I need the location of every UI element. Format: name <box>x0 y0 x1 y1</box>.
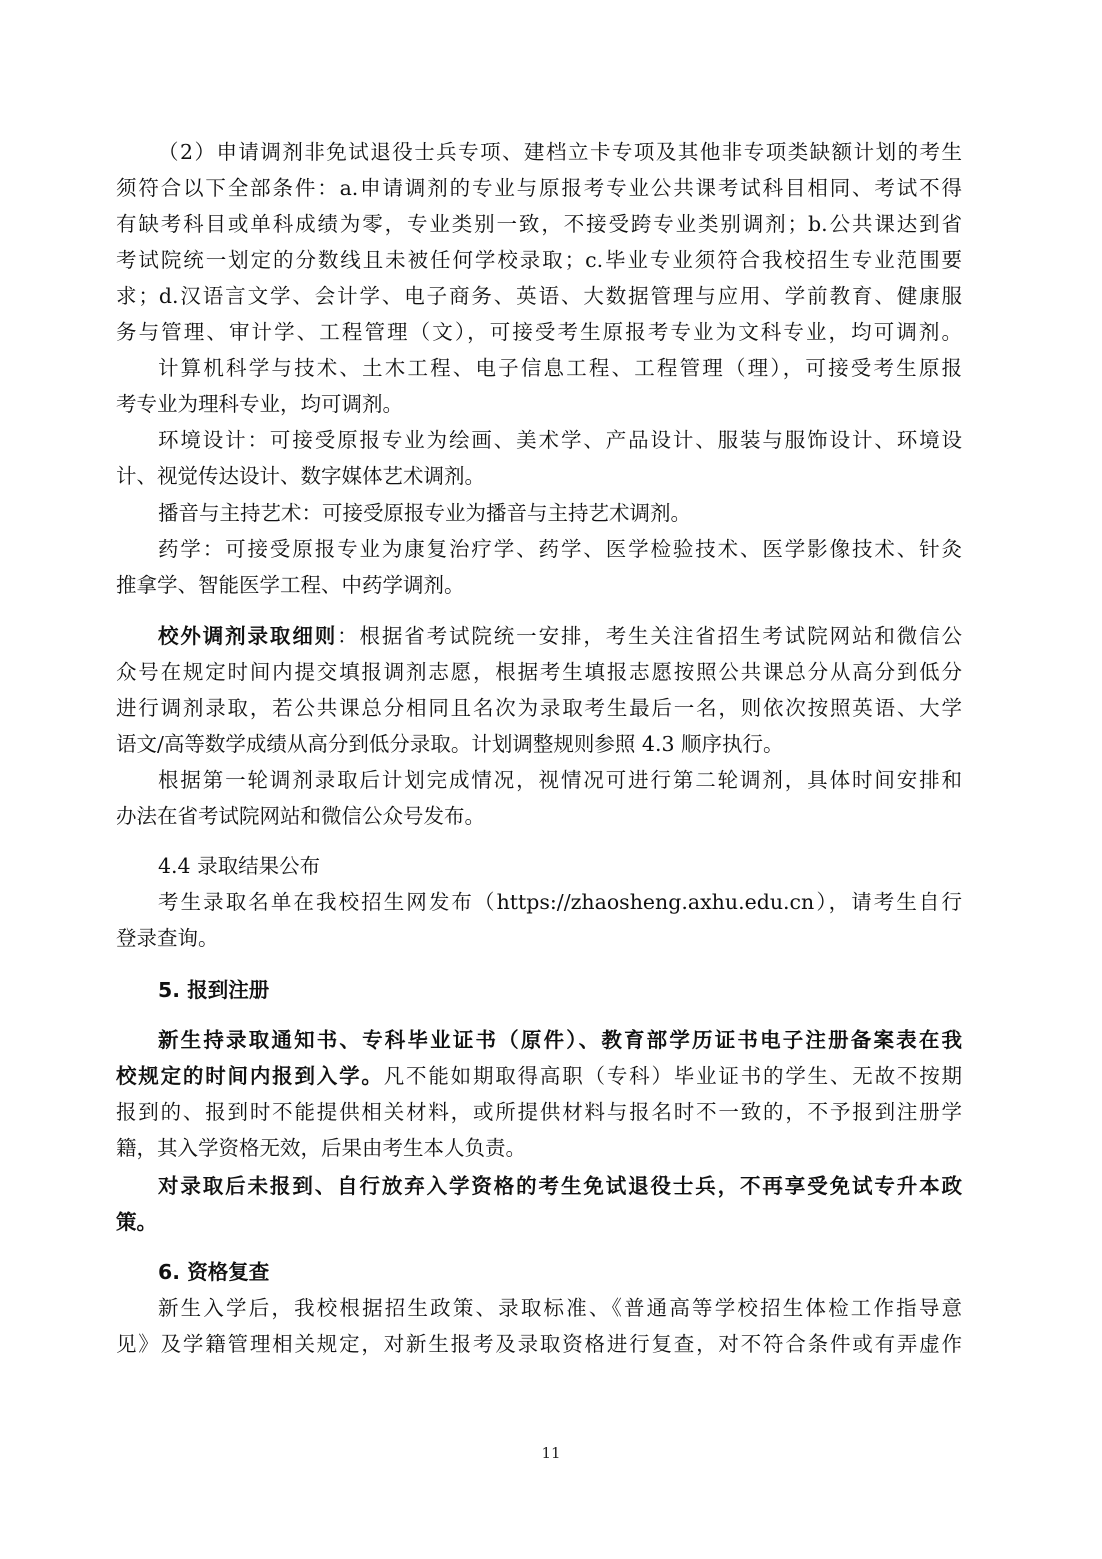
paragraph-line: 务与管理、审计学、工程管理（文），可接受考生原报考专业为文科专业，均可调剂。 <box>116 314 962 350</box>
paragraph-line: 药学：可接受原报专业为康复治疗学、药学、医学检验技术、医学影像技术、针灸 <box>116 531 962 567</box>
paragraph-line: 语文/高等数学成绩从高分到低分录取。计划调整规则参照 4.3 顺序执行。 <box>116 726 962 762</box>
paragraph-line: 报到的、报到时不能提供相关材料，或所提供材料与报名时不一致的，不予报到注册学 <box>116 1094 962 1130</box>
paragraph-line: 计算机科学与技术、土木工程、电子信息工程、工程管理（理），可接受考生原报 <box>116 350 962 386</box>
paragraph-line: 进行调剂录取，若公共课总分相同且名次为录取考生最后一名，则依次按照英语、大学 <box>116 690 962 726</box>
paragraph-line: 计、视觉传达设计、数字媒体艺术调剂。 <box>116 458 962 494</box>
section-heading-6: 6. 资格复查 <box>116 1254 962 1290</box>
paragraph-line: 推拿学、智能医学工程、中药学调剂。 <box>116 567 962 603</box>
paragraph-line: 籍，其入学资格无效，后果由考生本人负责。 <box>116 1130 962 1166</box>
paragraph-line: 办法在省考试院网站和微信公众号发布。 <box>116 798 962 834</box>
paragraph-line: 根据第一轮调剂录取后计划完成情况，视情况可进行第二轮调剂，具体时间安排和 <box>116 762 962 798</box>
bold-lead-text: 校外调剂录取细则 <box>158 624 337 648</box>
paragraph-text: ：根据省考试院统一安排，考生关注省招生考试院网站和微信公 <box>337 624 962 648</box>
paragraph-text: 凡不能如期取得高职（专科）毕业证书的学生、无故不按期 <box>384 1064 962 1088</box>
paragraph-line: 登录查询。 <box>116 920 962 956</box>
document-page: （2）申请调剂非免试退役士兵专项、建档立卡专项及其他非专项类缺额计划的考生 须符… <box>0 0 1102 1559</box>
paragraph-line: 校外调剂录取细则：根据省考试院统一安排，考生关注省招生考试院网站和微信公 <box>116 618 962 654</box>
page-number: 11 <box>0 1444 1102 1462</box>
paragraph-line: 考试院统一划定的分数线且未被任何学校录取；c.毕业专业须符合我校招生专业范围要 <box>116 242 962 278</box>
paragraph-line: 校规定的时间内报到入学。凡不能如期取得高职（专科）毕业证书的学生、无故不按期 <box>116 1058 962 1094</box>
paragraph-line-bold: 对录取后未报到、自行放弃入学资格的考生免试退役士兵，不再享受免试专升本政 <box>116 1168 962 1204</box>
paragraph-line: 见》及学籍管理相关规定，对新生报考及录取资格进行复查，对不符合条件或有弄虚作 <box>116 1326 962 1362</box>
paragraph-line: 众号在规定时间内提交填报调剂志愿，根据考生填报志愿按照公共课总分从高分到低分 <box>116 654 962 690</box>
paragraph-line: 须符合以下全部条件：a.申请调剂的专业与原报考专业公共课考试科目相同、考试不得 <box>116 170 962 206</box>
paragraph-line: 考专业为理科专业，均可调剂。 <box>116 386 962 422</box>
paragraph-line: 播音与主持艺术：可接受原报专业为播音与主持艺术调剂。 <box>116 495 962 531</box>
paragraph-line: 考生录取名单在我校招生网发布（https://zhaosheng.axhu.ed… <box>116 884 962 920</box>
paragraph-line: （2）申请调剂非免试退役士兵专项、建档立卡专项及其他非专项类缺额计划的考生 <box>116 134 962 170</box>
paragraph-line: 求；d.汉语言文学、会计学、电子商务、英语、大数据管理与应用、学前教育、健康服 <box>116 278 962 314</box>
bold-text: 校规定的时间内报到入学。 <box>116 1064 384 1088</box>
section-heading-5: 5. 报到注册 <box>116 972 962 1008</box>
paragraph-line: 环境设计：可接受原报专业为绘画、美术学、产品设计、服装与服饰设计、环境设 <box>116 422 962 458</box>
section-heading-4-4: 4.4 录取结果公布 <box>116 848 962 884</box>
paragraph-line: 新生入学后，我校根据招生政策、录取标准、《普通高等学校招生体检工作指导意 <box>116 1290 962 1326</box>
paragraph-line: 有缺考科目或单科成绩为零，专业类别一致，不接受跨专业类别调剂；b.公共课达到省 <box>116 206 962 242</box>
paragraph-line-bold: 策。 <box>116 1204 962 1240</box>
paragraph-line-bold: 新生持录取通知书、专科毕业证书（原件）、教育部学历证书电子注册备案表在我 <box>116 1022 962 1058</box>
